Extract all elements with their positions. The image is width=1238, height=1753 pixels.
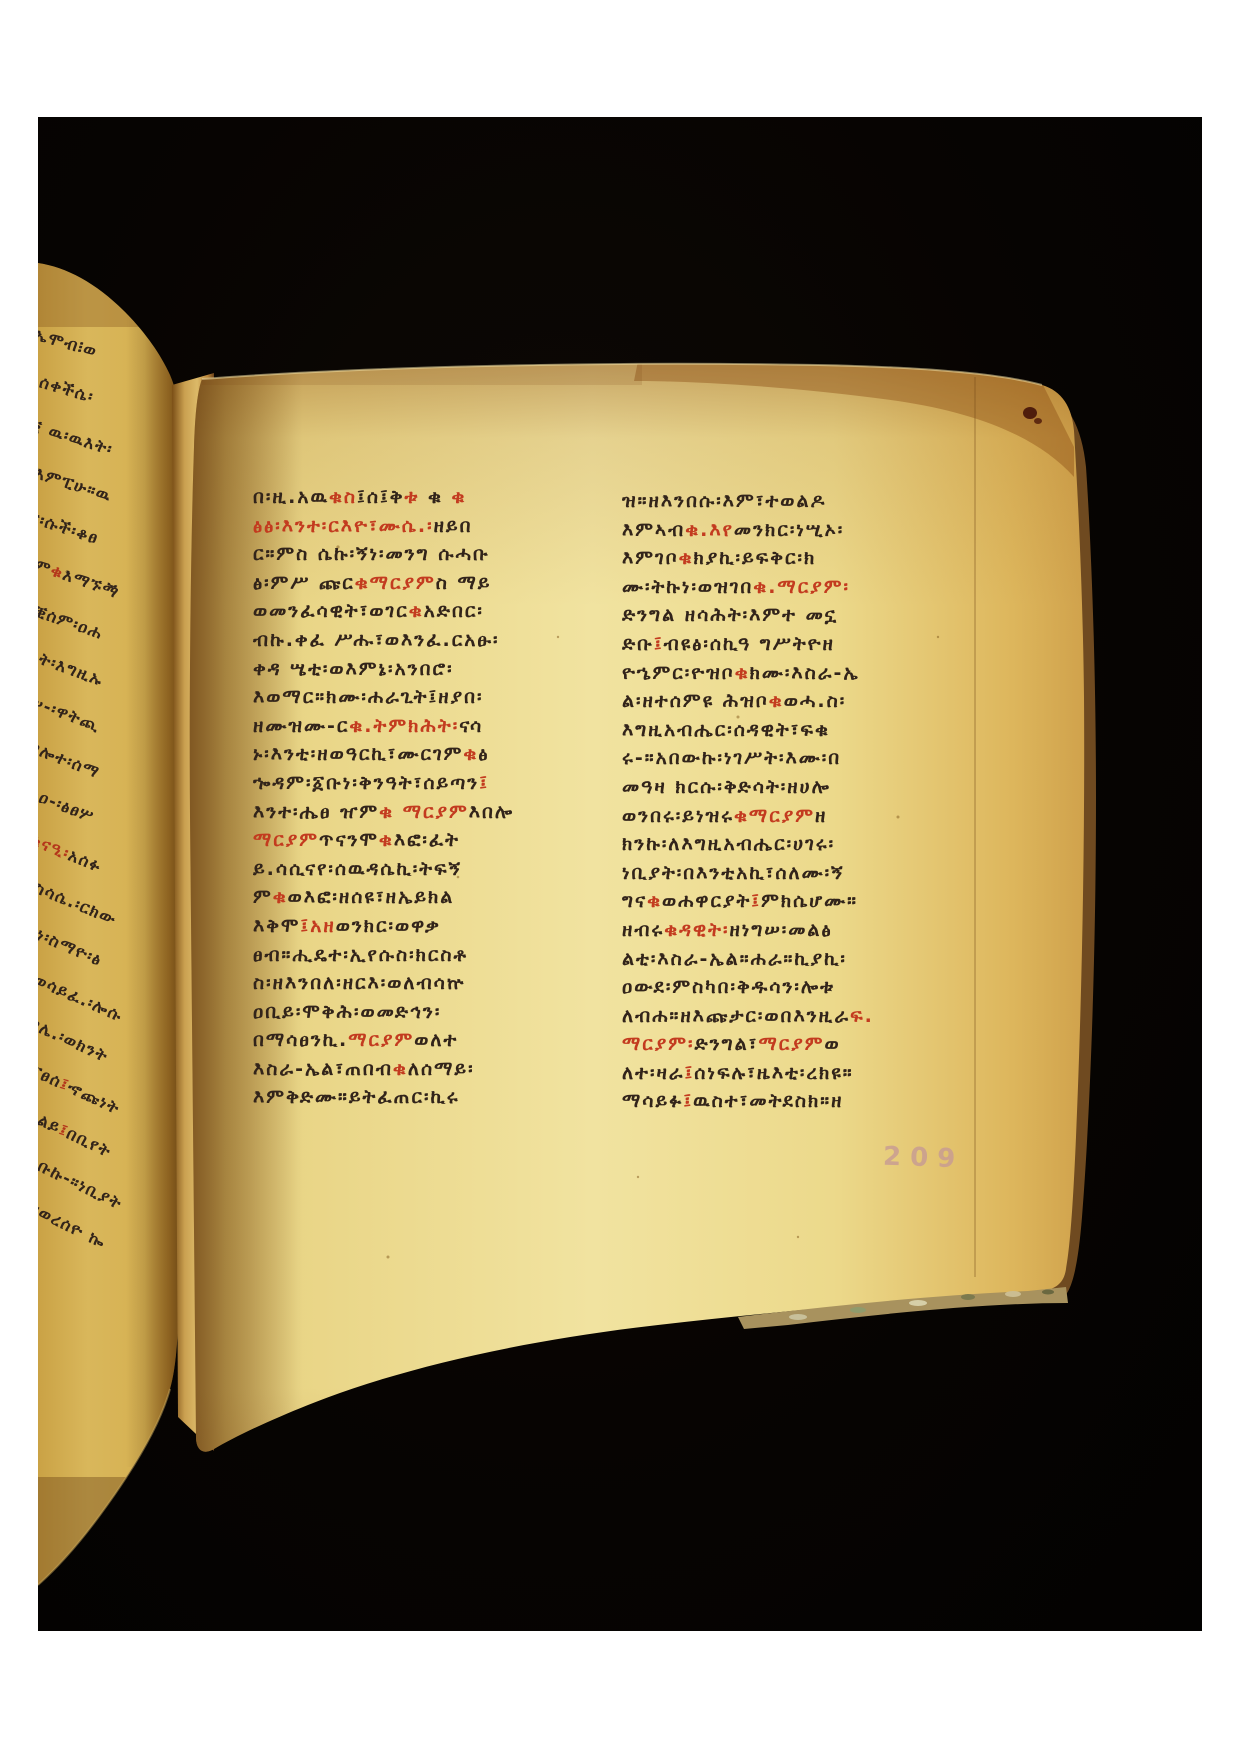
rubric-red-text: ቁ.እየ bbox=[685, 519, 734, 541]
black-ink-text: ማሳይፉ bbox=[622, 1090, 683, 1112]
black-ink-text: ወሐዋርያት bbox=[662, 890, 751, 912]
black-ink-text: ዘ bbox=[815, 805, 827, 827]
black-ink-text: ብኩ.ቀፈ ሥሑ፣ወእንፈ.ርአፁ፡ bbox=[253, 629, 500, 651]
black-ink-text: ጥናንሞ bbox=[319, 829, 379, 851]
black-ink-text: ሙ፡ትኩነ፡ወዝገበ bbox=[622, 576, 753, 598]
scanned-photo-page: ፡ኤሞብ፧ወ፦ሰቀችሴ፡ቒ ዉ፡ዉእት፡፡እምፒሁ።ዉር፡ሱች፡ቆፀ፡ምቁእማኙ… bbox=[0, 0, 1238, 1753]
rubric-red-text: ፤ bbox=[751, 890, 761, 912]
text-column-2: ዝ።ዘእንበሱ፡እም፣ተወልዶእምኣብቁ.እየመንክር፡ነሢኦ፡እምገቦቁክያኪ… bbox=[622, 487, 1020, 1116]
black-ink-text: ፡ስሳሴ.፡ርክው bbox=[38, 876, 120, 929]
black-ink-text: ሩ-።አበውኩ፡ነገሥት፡እሙ፡በ bbox=[622, 747, 841, 769]
black-ink-text: ፡ኤሞብ፧ወ bbox=[38, 323, 100, 360]
black-ink-text: ፦ሰቀችሴ፡ bbox=[38, 369, 96, 406]
black-ink-text: ወንበሩ፡ይነዝሩ bbox=[622, 805, 734, 827]
text-line: ዝ።ዘእንበሱ፡እም፣ተወልዶ bbox=[622, 487, 1020, 516]
black-ink-text: ል፡ዘተሰምዩ ሕዝቦ bbox=[622, 690, 769, 712]
rubric-red-text: ፤ bbox=[683, 1090, 693, 1112]
black-ink-text: ይ.ሳሲናየ፡ሰዉዳሴኪ፡ትፍኝ bbox=[253, 858, 462, 880]
rubric-red-text: ማርያም፡ bbox=[622, 1033, 695, 1055]
rubric-red-text: ፍ. bbox=[850, 1005, 874, 1027]
black-ink-text: ምክሴሆሙ። bbox=[761, 890, 858, 912]
black-ink-text: ፀቡኩ-።ነቢያት bbox=[38, 1152, 126, 1213]
black-ink-text: ፀብ።ሒዴተ፡ኢየሱስ፡ክርስቶ bbox=[253, 944, 468, 966]
black-ink-text: ድቡ bbox=[622, 633, 654, 655]
text-line: ሙ፡ትኩነ፡ወዝገበቁ.ማርያም፡ bbox=[622, 573, 1020, 602]
black-ink-text: እንተ፡ሔፀ ዠም bbox=[253, 801, 379, 823]
rubric-red-text: ቁዳዊት፡ bbox=[664, 919, 729, 941]
text-line: ግሌ.፡ወክንት bbox=[38, 1014, 112, 1067]
text-line: ል፡ዘተሰምዩ ሕዝቦቁወሓ.ስ፡ bbox=[622, 687, 1020, 716]
black-ink-text: እምገቦ bbox=[622, 547, 679, 569]
text-line: መዓዛ ክርሱ፡ቅድሳት፡ዘሀሎ bbox=[622, 773, 1020, 802]
black-ink-text: ክዐ-፡ፅፀሦ bbox=[38, 784, 97, 827]
text-line: ማሳይፉ፤ዉስተ፣መትደስክ።ዘ bbox=[622, 1087, 1020, 1116]
text-line: ዘብሩቁዳዊት፡ዘነግሠ፡መልፅ bbox=[622, 916, 1020, 945]
text-line: ቀዳ ሤቲ፡ወእምኔ፡አንበሮ፡ bbox=[253, 655, 587, 684]
black-ink-text: ልቲ፡እስራ-ኤል።ሐራ።ኪያኪ፡ bbox=[622, 948, 847, 970]
black-ink-text: ወንክር፡ወዋቃ bbox=[336, 915, 441, 937]
black-ink-text: ቒ ዉ፡ዉእት፡ bbox=[38, 415, 115, 459]
black-ink-text: ቀዳ ሤቲ፡ወእምኔ፡አንበሮ፡ bbox=[253, 658, 454, 680]
text-column-1: በ፡ዚ.አዉቁስ፤ሰ፤ቅቱ ቁ ቁፅፅ፡እንተ፡ርእዮ፣ሙሴ.፡ዘይበር።ምስ … bbox=[253, 483, 587, 1112]
black-ink-text: ግና bbox=[622, 890, 647, 912]
text-line: ማርያምጥናንሞቁእፎ፡ፈት bbox=[253, 826, 587, 855]
text-line: በ፡ዚ.አዉቁስ፤ሰ፤ቅቱ ቁ ቁ bbox=[253, 483, 587, 512]
black-ink-text: ሠ-፡ዋትጪ bbox=[38, 692, 103, 736]
text-line: ነቢያት፡በእንቲአኪ፣ሰለሙ፡ኝ bbox=[622, 859, 1020, 888]
rubric-red-text: ቁ bbox=[273, 886, 288, 908]
black-ink-text: ዘብሩ bbox=[622, 919, 664, 941]
rubric-red-text: ቁ bbox=[379, 829, 394, 851]
text-line: እቅሞ፤አዘወንክር፡ወዋቃ bbox=[253, 912, 587, 941]
black-ink-text: ዝ።ዘእንበሱ፡እም፣ተወልዶ bbox=[622, 490, 826, 512]
black-ink-text: አድበር፡ bbox=[424, 600, 484, 622]
rubric-red-text: ቁማርያም bbox=[355, 572, 436, 594]
text-line: እምገቦቁክያኪ፡ይፍቅር፡ክ bbox=[622, 544, 1020, 573]
black-ink-text: ም bbox=[253, 886, 273, 908]
black-ink-text: ስ፡ዘእንበለ፡ዘርእ፡ወለብሳኵ bbox=[253, 972, 465, 994]
rubric-red-text: ፤አዘ bbox=[300, 915, 335, 937]
black-ink-text: ወሓ.ስ፡ bbox=[784, 690, 847, 712]
black-ink-text: በማሳፀንኪ. bbox=[253, 1029, 348, 1051]
rubric-red-text: ቁ bbox=[409, 600, 424, 622]
text-line: ግሎተ፡ሰማ bbox=[38, 738, 103, 783]
rubric-red-text: ማርያም bbox=[348, 1029, 414, 1051]
text-line: ድቡ፤ብዩፅ፡ሰኪዓ ግሥትዮዘ bbox=[622, 630, 1020, 659]
text-line: ኑ፡እንቲ፡ዘወዓርኪ፣ሙርገምቁፅ bbox=[253, 740, 587, 769]
text-line: ር።ምስ ሴኩ፡ኝነ፡መንግ ሱሓቡ bbox=[253, 540, 587, 569]
text-line: ቁናዒ፡አሰፉ bbox=[38, 830, 105, 877]
black-ink-text: ር፡ሱች፡ቆፀ bbox=[38, 508, 101, 548]
text-line: ሠ-፡ዋትጪ bbox=[38, 692, 103, 737]
black-ink-text: ር።ምስ ሴኩ፡ኝነ፡መንግ ሱሓቡ bbox=[253, 543, 490, 565]
black-ink-text: ዘሙዝሙ-ር bbox=[253, 715, 349, 737]
black-ink-text: ዘነግሠ፡መልፅ bbox=[729, 919, 832, 941]
page-number: 209 bbox=[883, 1142, 965, 1175]
black-ink-text: ፡ወሳይፈ.፡ሎሱ bbox=[38, 968, 126, 1026]
rubric-red-text: ፅፅ፡እንተ፡ርእዮ፣ሙሴ.፡ bbox=[253, 515, 434, 537]
black-ink-text: ፡፡ወረሰዮ ኰ bbox=[38, 1198, 109, 1252]
black-ink-text: ለብሐ።ዘእጩታር፡ወበእንዚራ bbox=[622, 1005, 850, 1027]
rubric-red-text: ቁስ bbox=[329, 486, 357, 508]
text-line: ክንኩ፡ለእግዚአብሔር፡ሀገሩ፡ bbox=[622, 830, 1020, 859]
text-line: ይ.ሳሲናየ፡ሰዉዳሴኪ፡ትፍኝ bbox=[253, 855, 587, 884]
black-ink-text: ናሳ bbox=[459, 715, 483, 737]
black-ink-text: ኑ፡እንቲ፡ዘወዓርኪ፣ሙርገም bbox=[253, 743, 463, 765]
text-line: ስ፡ዘእንበለ፡ዘርእ፡ወለብሳኵ bbox=[253, 969, 587, 998]
black-ink-text: ወመንፈሳዊት፣ወገር bbox=[253, 600, 409, 622]
text-line: ፀቡኩ-።ነቢያት bbox=[38, 1152, 126, 1214]
text-line: ፃልይ፤በቢየት bbox=[38, 1106, 115, 1162]
manuscript-photo: ፡ኤሞብ፧ወ፦ሰቀችሴ፡ቒ ዉ፡ዉእት፡፡እምፒሁ።ዉር፡ሱች፡ቆፀ፡ምቁእማኙ… bbox=[38, 117, 1202, 1631]
black-ink-text: ዘይበ bbox=[434, 515, 473, 537]
rubric-red-text: ቁ bbox=[735, 662, 750, 684]
black-ink-text: ንት፡እግዚኡ bbox=[38, 646, 106, 690]
black-ink-text: ነነ፡ስማዮ፡ፅ bbox=[38, 922, 105, 970]
rubric-red-text: ቁ bbox=[769, 690, 784, 712]
rubric-red-text: ቁ bbox=[647, 890, 662, 912]
book-pages bbox=[38, 117, 1202, 1631]
text-line: ፡ቒሰም፡ዐሐ bbox=[38, 600, 106, 644]
text-line: ነነ፡ስማዮ፡ፅ bbox=[38, 922, 105, 971]
text-line: በማሳፀንኪ.ማርያምወለተ bbox=[253, 1026, 587, 1055]
black-ink-text: እቅሞ bbox=[253, 915, 300, 937]
black-ink-text: እስራ-ኤል፣ጠበብ bbox=[253, 1058, 393, 1080]
rubric-red-text: ቁ bbox=[393, 1058, 408, 1080]
black-ink-text: ወእፎ፡ዘሰዩ፣ዘኤይክል bbox=[288, 886, 455, 908]
black-ink-text: ፡እምፒሁ።ዉ bbox=[38, 461, 114, 505]
black-ink-text: እምኣብ bbox=[622, 519, 685, 541]
black-ink-text: ፤ሰ፤ቅ bbox=[357, 486, 405, 508]
black-ink-text: ቁ bbox=[419, 486, 451, 508]
black-ink-text: እፎ፡ፈት bbox=[394, 829, 460, 851]
black-ink-text: ለተ፡ዛራ bbox=[622, 1062, 684, 1084]
rubric-red-text: ማርያም bbox=[758, 1033, 824, 1055]
text-line: ንት፡እግዚኡ bbox=[38, 646, 106, 691]
rubric-red-text: ቁ.ትምክሕት፡ bbox=[349, 715, 459, 737]
rubric-red-text: ቁ bbox=[463, 743, 478, 765]
black-ink-text: እግዚአብሔር፡ሰዳዊት፣ፍቁ bbox=[622, 719, 830, 741]
text-line: እምቅድሙ።ይትፈጠር፡ኪሩ bbox=[253, 1083, 587, 1112]
black-ink-text: ዮኄምር፡ዮዝቦ bbox=[622, 662, 735, 684]
black-ink-text: ድንግል ዘሳሕት፡እምተ መኗ bbox=[622, 604, 838, 626]
text-line: ድንግል ዘሳሕት፡እምተ መኗ bbox=[622, 601, 1020, 630]
black-ink-text: በ፡ዚ.አዉ bbox=[253, 486, 329, 508]
black-ink-text: በቢየት bbox=[64, 1124, 115, 1162]
text-line: ዐውደ፡ምስካበ፡ቅዱሳን፡ሎቱ bbox=[622, 973, 1020, 1002]
text-line: ዘሙዝሙ-ርቁ.ትምክሕት፡ናሳ bbox=[253, 712, 587, 741]
black-ink-text: ወለተ bbox=[414, 1029, 458, 1051]
rubric-red-text: ፤ bbox=[479, 772, 489, 794]
text-line: ዐቢይ፡ሞቅሕ፡ወመድኅን፡ bbox=[253, 998, 587, 1027]
black-ink-text: እማኙፙ bbox=[60, 565, 122, 602]
text-line: ማርያም፡ድንግል፣ማርያምወ bbox=[622, 1030, 1020, 1059]
text-line: ፡ኤሞብ፧ወ bbox=[38, 323, 100, 361]
text-line: ኈዳም፡፩ቡነ፡ቅንዓት፣ሰይጣን፤ bbox=[253, 769, 587, 798]
text-line: ቒ ዉ፡ዉእት፡ bbox=[38, 415, 115, 460]
black-ink-text: ፡ቒሰም፡ዐሐ bbox=[38, 600, 106, 643]
text-line: ለተ፡ዛራ፤ሰነፍሉ፣ዜእቲ፡ረክዩ። bbox=[622, 1059, 1020, 1088]
text-line: እስራ-ኤል፣ጠበብቁለሰማይ፡ bbox=[253, 1055, 587, 1084]
black-ink-text: ነቢያት፡በእንቲአኪ፣ሰለሙ፡ኝ bbox=[622, 862, 844, 884]
text-line: ግናቁወሐዋርያት፤ምክሴሆሙ። bbox=[622, 887, 1020, 916]
text-line: ልቲ፡እስራ-ኤል።ሐራ።ኪያኪ፡ bbox=[622, 945, 1020, 974]
black-ink-text: ፅ፡ምሥ ጩር bbox=[253, 572, 355, 594]
left-page-text-fragment: ፡ኤሞብ፧ወ፦ሰቀችሴ፡ቒ ዉ፡ዉእት፡፡እምፒሁ።ዉር፡ሱች፡ቆፀ፡ምቁእማኙ… bbox=[38, 323, 188, 1413]
black-ink-text: ግሌ.፡ወክንት bbox=[38, 1014, 112, 1066]
text-line: ፡፡ወረሰዮ ኰ bbox=[38, 1198, 109, 1253]
text-line: ፡ስሳሴ.፡ርክው bbox=[38, 876, 120, 930]
black-ink-text: ኆጩነት bbox=[65, 1078, 124, 1119]
text-line: ለብሐ።ዘእጩታር፡ወበእንዚራፍ. bbox=[622, 1002, 1020, 1031]
black-ink-text: ፅ bbox=[478, 743, 489, 765]
black-ink-text: መዓዛ ክርሱ፡ቅድሳት፡ዘሀሎ bbox=[622, 776, 831, 798]
text-line: ወመንፈሳዊት፣ወገርቁአድበር፡ bbox=[253, 597, 587, 626]
text-line: ር፡ሱች፡ቆፀ bbox=[38, 508, 101, 549]
black-ink-text: ክንኩ፡ለእግዚአብሔር፡ሀገሩ፡ bbox=[622, 833, 835, 855]
text-line: ፕፀሰ፤ኆጩነት bbox=[38, 1060, 123, 1119]
black-ink-text: ዉስተ፣መትደስክ።ዘ bbox=[693, 1090, 843, 1112]
black-ink-text: አሰፉ bbox=[66, 846, 105, 877]
text-line: ዮኄምር፡ዮዝቦቁክሙ፡እስራ-ኤ bbox=[622, 659, 1020, 688]
text-line: ፅፅ፡እንተ፡ርእዮ፣ሙሴ.፡ዘይበ bbox=[253, 512, 587, 541]
black-ink-text: ኈዳም፡፩ቡነ፡ቅንዓት፣ሰይጣን bbox=[253, 772, 479, 794]
text-line: ብኩ.ቀፈ ሥሑ፣ወእንፈ.ርአፁ፡ bbox=[253, 626, 587, 655]
text-line: ምቁወእፎ፡ዘሰዩ፣ዘኤይክል bbox=[253, 883, 587, 912]
black-ink-text: ዐውደ፡ምስካበ፡ቅዱሳን፡ሎቱ bbox=[622, 976, 835, 998]
rubric-red-text: ማርያም bbox=[253, 829, 319, 851]
black-ink-text: እወማር።ክሙ፡ሐራጊት፤ዘያበ፡ bbox=[253, 686, 483, 708]
black-ink-text: ሰነፍሉ፣ዜእቲ፡ረክዩ። bbox=[694, 1062, 853, 1084]
rubric-red-text: ቁ ማርያም bbox=[379, 801, 469, 823]
text-line: እምኣብቁ.እየመንክር፡ነሢኦ፡ bbox=[622, 516, 1020, 545]
text-line: ፡ምቁእማኙፙ bbox=[38, 554, 122, 603]
text-line: ወንበሩ፡ይነዝሩቁማርያምዘ bbox=[622, 802, 1020, 831]
black-ink-text: እምቅድሙ።ይትፈጠር፡ኪሩ bbox=[253, 1086, 460, 1108]
black-ink-text: ስ ማይ bbox=[436, 572, 492, 594]
black-ink-text: መንክር፡ነሢኦ፡ bbox=[734, 519, 844, 541]
text-line: እወማር።ክሙ፡ሐራጊት፤ዘያበ፡ bbox=[253, 683, 587, 712]
text-line: እግዚአብሔር፡ሰዳዊት፣ፍቁ bbox=[622, 716, 1020, 745]
text-line: ክዐ-፡ፅፀሦ bbox=[38, 784, 97, 828]
rubric-red-text: ቁ bbox=[679, 547, 694, 569]
rubric-red-text: ቁ.ማርያም፡ bbox=[753, 576, 850, 598]
text-line: ፅ፡ምሥ ጩርቁማርያምስ ማይ bbox=[253, 569, 587, 598]
text-line: ፡እምፒሁ።ዉ bbox=[38, 461, 114, 506]
black-ink-text: ለሰማይ፡ bbox=[408, 1058, 475, 1080]
rubric-red-text: ፤ bbox=[654, 633, 664, 655]
black-ink-text: ዐቢይ፡ሞቅሕ፡ወመድኅን፡ bbox=[253, 1001, 441, 1023]
black-ink-text: ክያኪ፡ይፍቅር፡ክ bbox=[694, 547, 817, 569]
text-line: እንተ፡ሔፀ ዠምቁ ማርያምእበሎ bbox=[253, 798, 587, 827]
rubric-red-text: ቁማርያም bbox=[734, 805, 815, 827]
black-ink-text: ክሙ፡እስራ-ኤ bbox=[750, 662, 860, 684]
black-ink-text: ወ bbox=[825, 1033, 841, 1055]
rubric-red-text: ቱ bbox=[405, 486, 420, 508]
black-ink-text: እበሎ bbox=[469, 801, 514, 823]
black-ink-text: ብዩፅ፡ሰኪዓ ግሥትዮዘ bbox=[664, 633, 835, 655]
rubric-red-text: ቁ bbox=[452, 486, 467, 508]
black-ink-text: ድንግል፣ bbox=[695, 1033, 759, 1055]
text-line: ፦ሰቀችሴ፡ bbox=[38, 369, 96, 407]
rubric-red-text: ፤ bbox=[684, 1062, 694, 1084]
black-ink-text: ግሎተ፡ሰማ bbox=[38, 738, 103, 782]
text-line: ፀብ።ሒዴተ፡ኢየሱስ፡ክርስቶ bbox=[253, 941, 587, 970]
text-line: ሩ-።አበውኩ፡ነገሥት፡እሙ፡በ bbox=[622, 744, 1020, 773]
text-line: ፡ወሳይፈ.፡ሎሱ bbox=[38, 968, 126, 1027]
